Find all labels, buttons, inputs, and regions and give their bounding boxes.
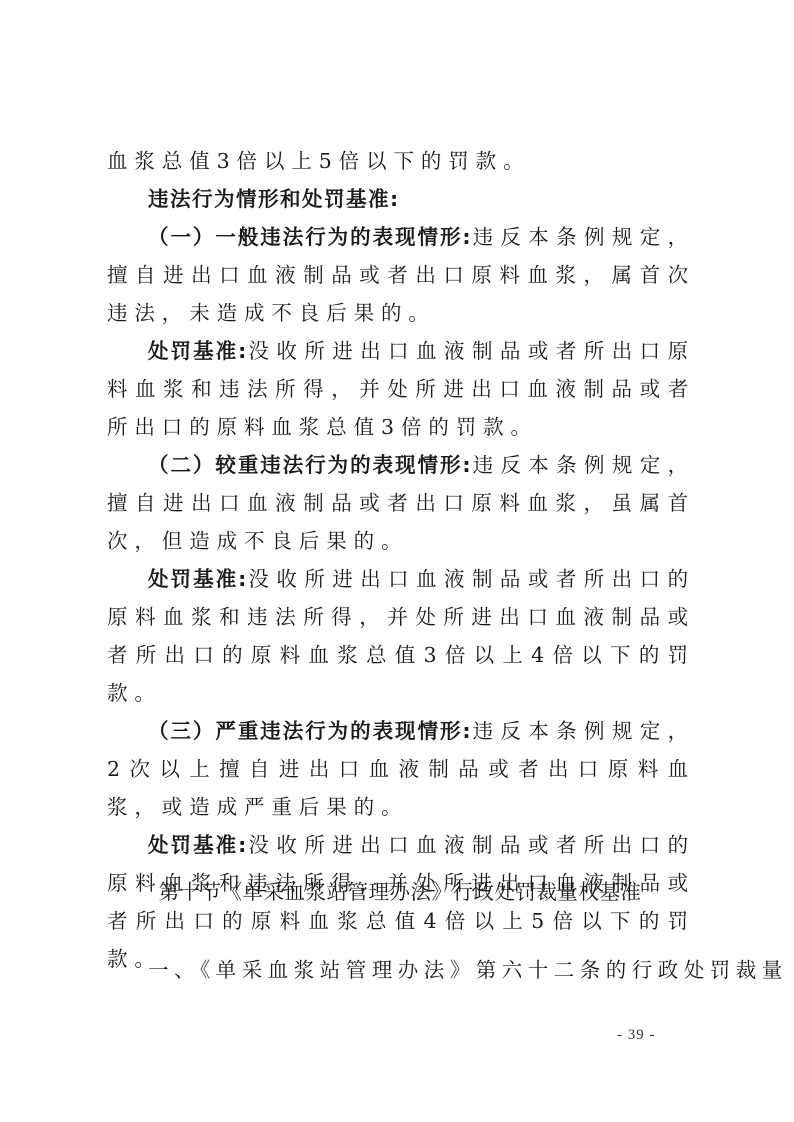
paragraph-bold-lead: 违法行为情形和处罚基准:: [148, 187, 400, 211]
paragraph-severe-violation: （三）严重违法行为的表现情形:违反本条例规定，2次以上擅自进出口血液制品或者出口…: [107, 712, 695, 826]
paragraph-bold-lead: （一）一般违法行为的表现情形:: [148, 225, 472, 249]
paragraph-bold-lead: 处罚基准:: [148, 833, 248, 857]
paragraph-bold-lead: 处罚基准:: [148, 339, 248, 363]
paragraph-bold-lead: 处罚基准:: [148, 567, 248, 591]
paragraph-bold-lead: （二）较重违法行为的表现情形:: [148, 453, 472, 477]
paragraph-serious-violation: （二）较重违法行为的表现情形:违反本条例规定，擅自进出口血液制品或者出口原料血浆…: [107, 446, 695, 560]
paragraph-criteria-heading: 违法行为情形和处罚基准:: [107, 180, 695, 218]
paragraph-bold-lead: （三）严重违法行为的表现情形:: [148, 719, 472, 743]
paragraph-serious-penalty: 处罚基准:没收所进出口血液制品或者所出口的原料血浆和违法所得，并处所进出口血液制…: [107, 560, 695, 712]
document-page: 血浆总值3倍以上5倍以下的罚款。 违法行为情形和处罚基准: （一）一般违法行为的…: [0, 0, 794, 1122]
section-heading: 第十节《单采血浆站管理办法》行政处罚裁量权基准: [0, 876, 794, 908]
paragraph-general-penalty: 处罚基准:没收所进出口血液制品或者所出口原料血浆和违法所得，并处所进出口血液制品…: [107, 332, 695, 446]
paragraph-general-violation: （一）一般违法行为的表现情形:违反本条例规定，擅自进出口血液制品或者出口原料血浆…: [107, 218, 695, 332]
body-text: 血浆总值3倍以上5倍以下的罚款。 违法行为情形和处罚基准: （一）一般违法行为的…: [107, 142, 695, 978]
article-heading: 一、《单采血浆站管理办法》第六十二条的行政处罚裁量: [148, 954, 708, 986]
paragraph-fine-continuation: 血浆总值3倍以上5倍以下的罚款。: [107, 142, 695, 180]
page-number: - 39 -: [617, 1027, 656, 1044]
paragraph-text: 血浆总值3倍以上5倍以下的罚款。: [107, 149, 531, 173]
